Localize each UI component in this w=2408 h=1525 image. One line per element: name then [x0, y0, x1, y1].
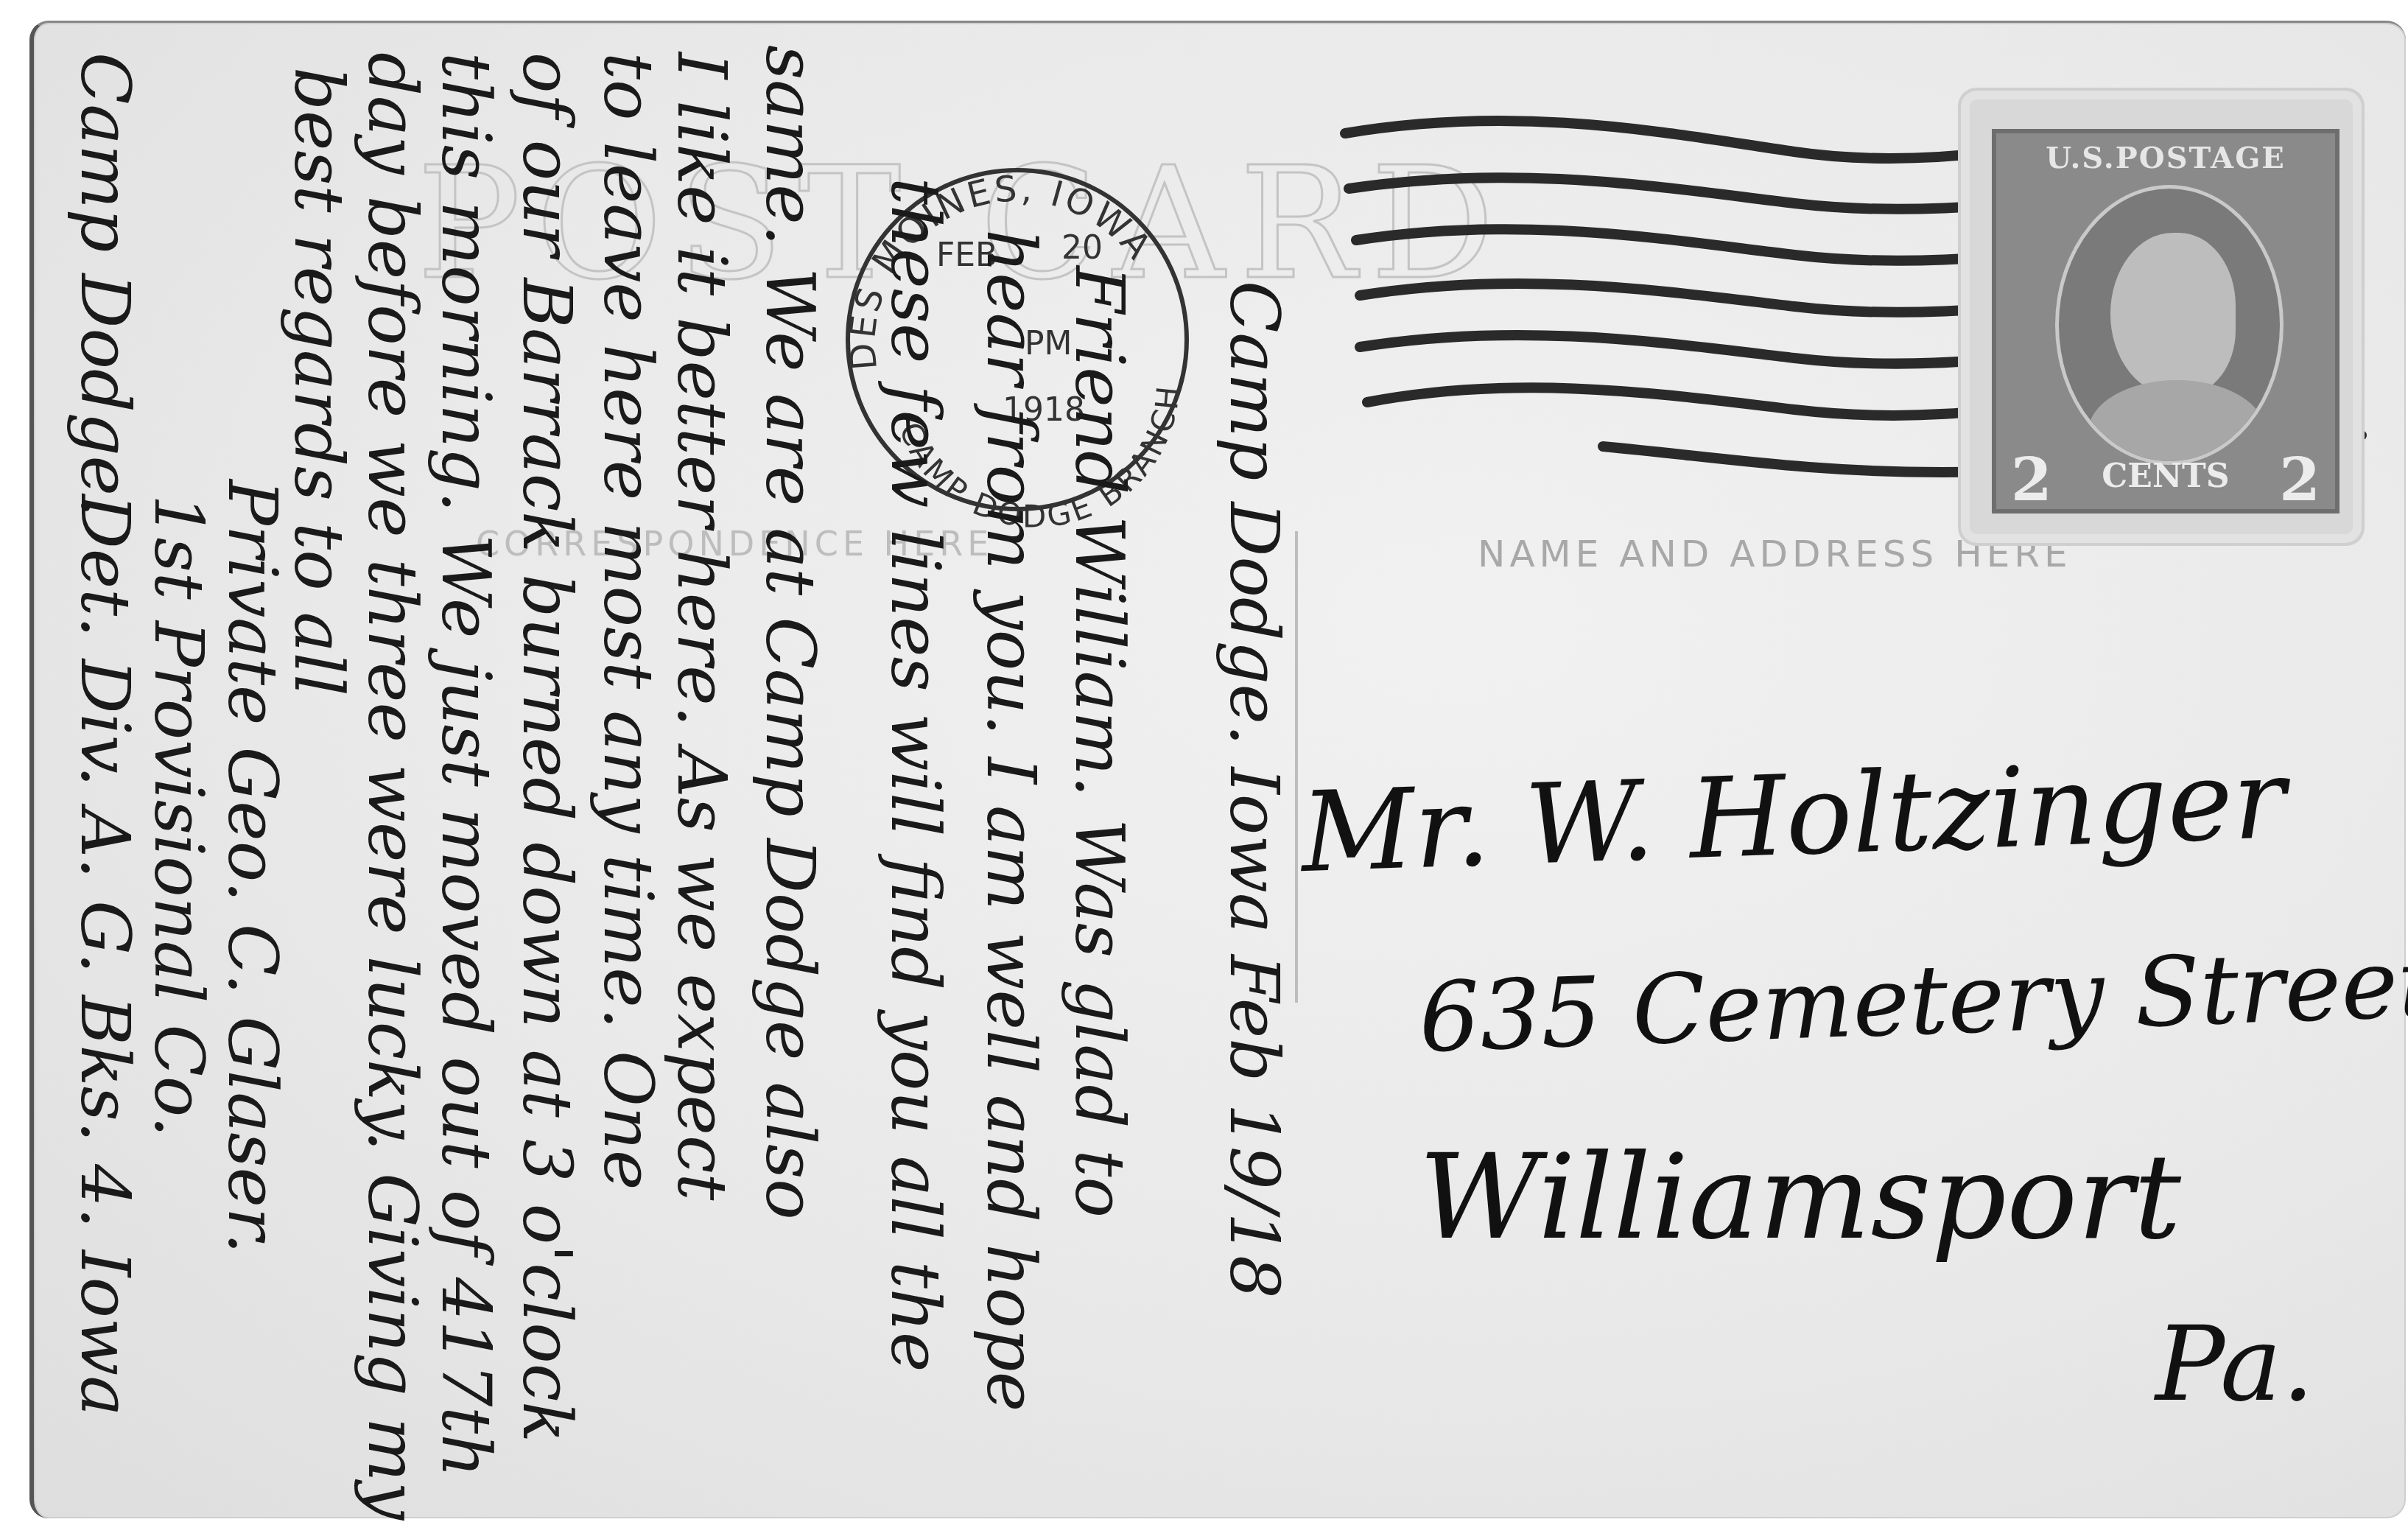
address-label: NAME AND ADDRESS HERE	[1478, 533, 2072, 575]
message-heading: Camp Dodge. Iowa Feb 19/18	[1215, 281, 1293, 1299]
message-line: this morning. We just moved out of 417th	[427, 52, 505, 1478]
stamp-top-text: U.S.POSTAGE	[1996, 141, 2335, 175]
message-line: to leave here most any time. One	[589, 52, 667, 1190]
stamp-value-text: CENTS	[2102, 458, 2229, 502]
message-line: I like it better here. As we expect	[662, 52, 741, 1201]
postcard: POST CARD CORRESPONDENCE HERE NAME AND A…	[29, 21, 2406, 1518]
recipient-street: 635 Cemetery Street.	[1417, 925, 2408, 1074]
signature-name: Private Geo. C. Glaser.	[213, 480, 292, 1254]
stamp-value-right: 2	[2279, 458, 2320, 502]
recipient-name: Mr. W. Holtzinger	[1299, 735, 2287, 898]
message-line: of our Barrack burned down at 3 o'clock	[508, 52, 586, 1442]
signature-unit: 1st Provisional Co.	[139, 494, 218, 1137]
message-line: same. We are at Camp Dodge also	[751, 45, 829, 1220]
stamp-value-left: 2	[2011, 458, 2052, 502]
message-line: these few lines will find you all the	[876, 178, 955, 1372]
return-place: Camp Dodge.	[66, 52, 144, 517]
recipient-city: Williamsport	[1419, 1128, 2181, 1266]
message-line: hear from you. I am well and hope	[972, 229, 1050, 1412]
divider-line	[1295, 531, 1298, 1003]
postage-stamp: U.S.POSTAGE 2 CENTS 2	[1970, 99, 2353, 534]
signature-location: Det. Div. A. G. Bks. 4. Iowa	[66, 494, 144, 1416]
message-line: Friend William. Was glad to	[1060, 266, 1139, 1218]
recipient-state: Pa.	[2155, 1305, 2314, 1425]
washington-portrait-icon	[2055, 185, 2284, 465]
message-line: day before we three were lucky. Giving m…	[353, 52, 432, 1520]
postmark-day: 20	[1061, 229, 1103, 267]
